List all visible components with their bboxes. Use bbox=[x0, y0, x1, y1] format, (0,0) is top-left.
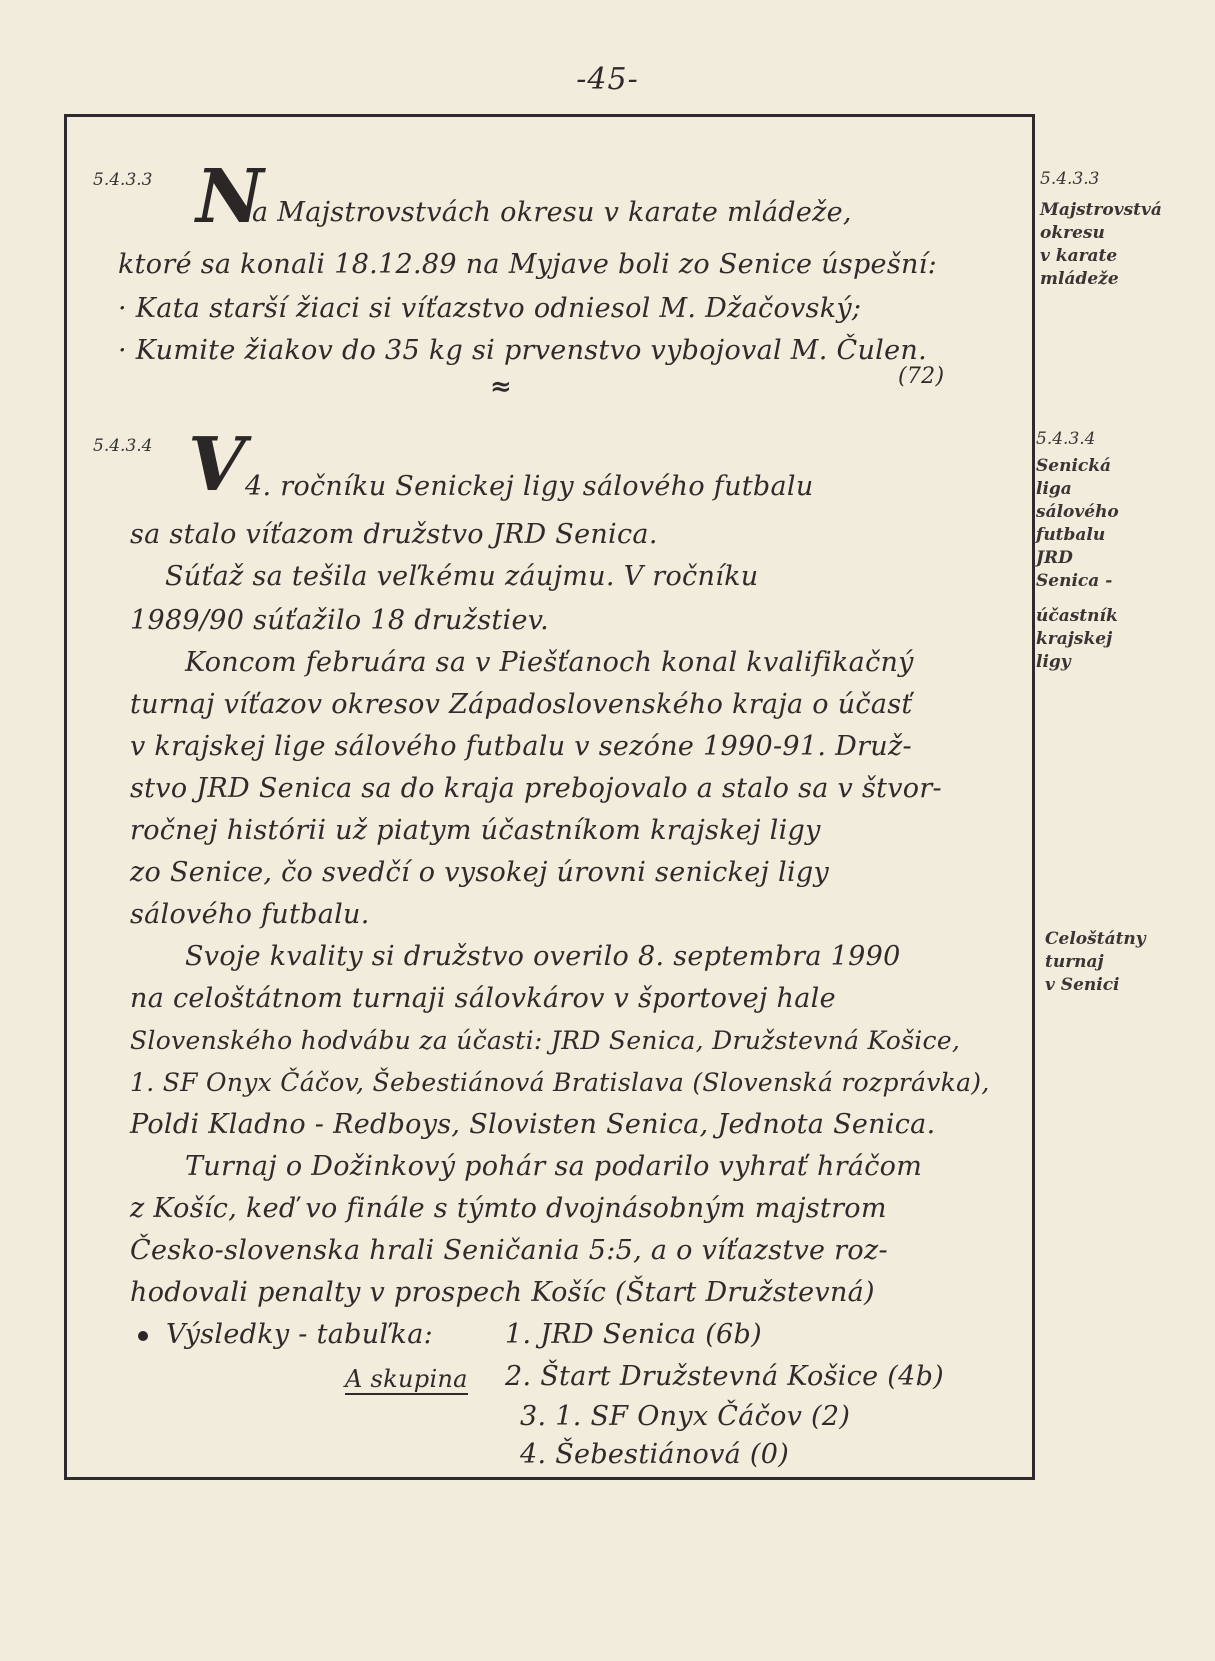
section-5-4-3-4-line: 4. ročníku Senickej ligy sálového futbal… bbox=[245, 470, 814, 504]
results-group-label: A skupina bbox=[345, 1362, 468, 1396]
section-5-4-3-4-line: Turnaj o Dožinkový pohár sa podarilo vyh… bbox=[185, 1150, 922, 1184]
margin-note-number: 5.4.3.3 bbox=[1040, 168, 1162, 191]
section-5-4-3-3-bullet-kumite: · Kumite žiakov do 35 kg si prvenstvo vy… bbox=[118, 334, 927, 368]
section-5-4-3-4-line: Svoje kvality si družstvo overilo 8. sep… bbox=[185, 940, 901, 974]
results-row-3: 3. 1. SF Onyx Čáčov (2) bbox=[520, 1400, 850, 1434]
margin-note-line: Majstrovstvá bbox=[1040, 199, 1162, 222]
section-5-4-3-4-line: Koncom februára sa v Piešťanoch konal kv… bbox=[185, 646, 914, 680]
margin-note-tournament: Celoštátny turnaj v Senici bbox=[1045, 928, 1146, 997]
section-5-4-3-4-line: sálového futbalu. bbox=[130, 898, 370, 932]
group-label-text: A skupina bbox=[345, 1365, 468, 1395]
results-label: Výsledky - tabuľka: bbox=[166, 1319, 433, 1350]
margin-note-5-4-3-4: 5.4.3.4 Senická liga sálového futbalu JR… bbox=[1036, 428, 1119, 674]
section-number-5-4-3-3: 5.4.3.3 bbox=[93, 170, 152, 190]
section-separator: ≈ bbox=[490, 372, 512, 402]
section-5-4-3-4-line: v krajskej lige sálového futbalu v sezón… bbox=[130, 730, 912, 764]
section-5-4-3-4-line: na celoštátnom turnaji sálovkárov v špor… bbox=[130, 982, 836, 1016]
results-row-4: 4. Šebestiánová (0) bbox=[520, 1438, 789, 1472]
section-5-4-3-4-line: z Košíc, keď vo finále s týmto dvojnásob… bbox=[130, 1192, 887, 1226]
bullet-icon bbox=[138, 1331, 148, 1341]
section-5-4-3-4-line: Slovenského hodvábu za účasti: JRD Senic… bbox=[130, 1024, 960, 1058]
margin-note-line: sálového bbox=[1036, 501, 1119, 524]
section-5-4-3-4-line: Česko-slovenska hrali Seničania 5:5, a o… bbox=[130, 1234, 888, 1268]
margin-note-line: krajskej bbox=[1036, 628, 1119, 651]
section-5-4-3-4-line: 1. SF Onyx Čáčov, Šebestiánová Bratislav… bbox=[130, 1066, 990, 1100]
results-heading: Výsledky - tabuľka: bbox=[138, 1318, 433, 1352]
section-5-4-3-4-line: zo Senice, čo svedčí o vysokej úrovni se… bbox=[130, 856, 829, 890]
margin-note-line: účastník bbox=[1036, 605, 1119, 628]
margin-note-line: liga bbox=[1036, 478, 1119, 501]
margin-note-5-4-3-3: 5.4.3.3 Majstrovstvá okresu v karate mlá… bbox=[1040, 168, 1162, 291]
page-number: -45- bbox=[0, 62, 1215, 97]
margin-note-line: v karate bbox=[1040, 245, 1162, 268]
margin-note-line: turnaj bbox=[1045, 951, 1146, 974]
reference-number: (72) bbox=[898, 360, 944, 394]
section-5-4-3-4-line: ročnej histórii už piatym účastníkom kra… bbox=[130, 814, 821, 848]
margin-note-line: mládeže bbox=[1040, 268, 1162, 291]
section-5-4-3-4-line: Poldi Kladno - Redboys, Slovisten Senica… bbox=[130, 1108, 935, 1142]
margin-note-line: ligy bbox=[1036, 651, 1119, 674]
margin-note-line: futbalu bbox=[1036, 524, 1119, 547]
margin-note-line: Senica - bbox=[1036, 570, 1119, 593]
section-5-4-3-3-line-2: ktoré sa konali 18.12.89 na Myjave boli … bbox=[118, 248, 937, 282]
margin-note-line: okresu bbox=[1040, 222, 1162, 245]
margin-note-number: 5.4.3.4 bbox=[1036, 428, 1119, 451]
margin-note-line: Senická bbox=[1036, 455, 1119, 478]
section-5-4-3-4-line: 1989/90 súťažilo 18 družstiev. bbox=[130, 604, 549, 638]
section-5-4-3-4-line: turnaj víťazov okresov Západoslovenského… bbox=[130, 688, 913, 722]
section-5-4-3-4-line: Súťaž sa tešila veľkému záujmu. V ročník… bbox=[165, 560, 758, 594]
dropcap-v: V bbox=[188, 428, 245, 502]
results-row-1: 1. JRD Senica (6b) bbox=[505, 1318, 762, 1352]
section-5-4-3-3-line-1: a Majstrovstvách okresu v karate mládeže… bbox=[252, 196, 852, 230]
margin-note-line: JRD bbox=[1036, 547, 1119, 570]
section-5-4-3-4-line: sa stalo víťazom družstvo JRD Senica. bbox=[130, 518, 658, 552]
margin-note-line: v Senici bbox=[1045, 974, 1146, 997]
results-row-2: 2. Štart Družstevná Košice (4b) bbox=[505, 1360, 944, 1394]
margin-note-line: Celoštátny bbox=[1045, 928, 1146, 951]
section-5-4-3-3-bullet-kata: · Kata starší žiaci si víťazstvo odnieso… bbox=[118, 292, 861, 326]
section-5-4-3-4-line: hodovali penalty v prospech Košíc (Štart… bbox=[130, 1276, 875, 1310]
section-5-4-3-4-line: stvo JRD Senica sa do kraja prebojovalo … bbox=[130, 772, 942, 806]
section-number-5-4-3-4: 5.4.3.4 bbox=[93, 436, 152, 456]
